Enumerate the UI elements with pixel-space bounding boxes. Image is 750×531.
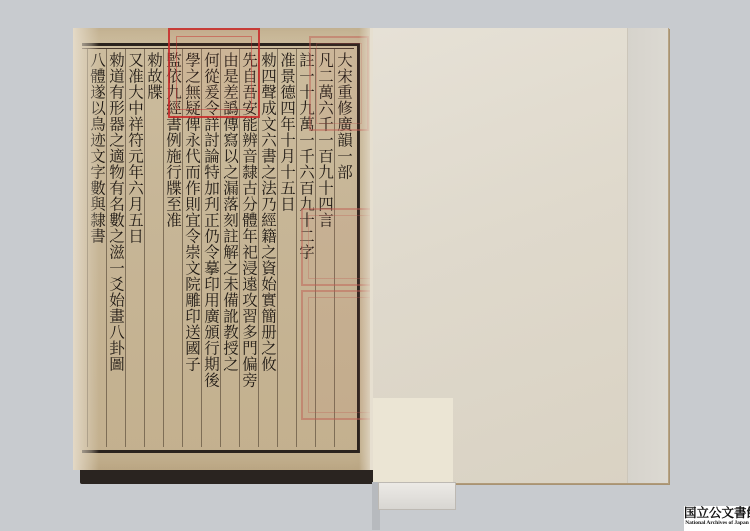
text-column: 勑故牒 xyxy=(144,49,163,447)
right-page-edge-strip xyxy=(627,28,668,483)
torn-left-edge xyxy=(73,28,99,470)
right-page-blank xyxy=(373,28,669,484)
paper-tab xyxy=(378,482,456,510)
book-scene: 大宋重修廣韻一部 凡二萬六千一百九十四言 註一十九萬一千六百九十二字 准景德四年… xyxy=(0,0,750,531)
watermark-en: National Archives of Japan xyxy=(684,520,750,527)
text-column: 勑四聲成文六書之法乃經籍之資始實簡册之攸 xyxy=(258,49,277,447)
archive-watermark: 国立公文書館 National Archives of Japan xyxy=(684,506,750,531)
watermark-jp: 国立公文書館 xyxy=(684,506,750,520)
text-column: 勑道有形器之適物有名數之滋一爻始畫八卦圖 xyxy=(106,49,125,447)
left-page: 大宋重修廣韻一部 凡二萬六千一百九十四言 註一十九萬一千六百九十二字 准景德四年… xyxy=(73,28,373,470)
text-column: 又准大中祥符元年六月五日 xyxy=(125,49,144,447)
text-column: 准景德四年十月十五日 xyxy=(277,49,296,447)
red-seal-stamp xyxy=(168,28,260,118)
paper-repair-patch xyxy=(373,398,453,482)
